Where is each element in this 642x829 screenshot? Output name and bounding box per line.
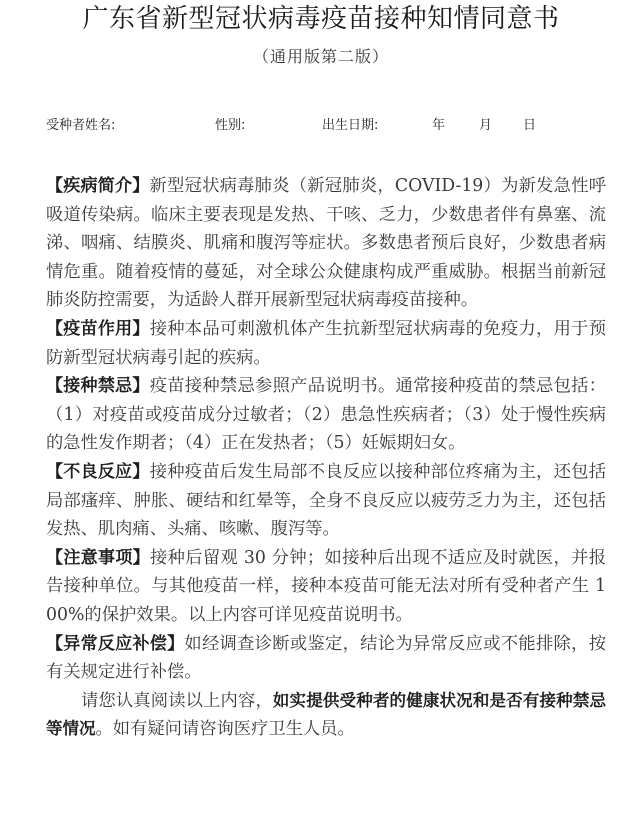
- document-body: 【疾病简介】新型冠状病毒肺炎（新冠肺炎，COVID-19）为新发急性呼吸道传染病…: [46, 172, 606, 744]
- section-heading: 【注意事项】: [46, 548, 150, 568]
- section-adverse-reactions: 【不良反应】接种疫苗后发生局部不良反应以接种部位疼痛为主，还包括局部瘙痒、肿胀、…: [46, 458, 606, 544]
- section-vaccine-effect: 【疫苗作用】接种本品可刺激机体产生抗新型冠状病毒的免疫力，用于预防新型冠状病毒引…: [46, 315, 606, 372]
- section-compensation: 【异常反应补偿】如经调查诊断或鉴定，结论为异常反应或不能排除，按有关规定进行补偿…: [46, 630, 606, 687]
- recipient-info-row: 受种者姓名: 性别: 出生日期: 年 月 日: [0, 115, 642, 137]
- section-heading: 【疫苗作用】: [46, 319, 150, 339]
- year-label: 年: [432, 115, 445, 137]
- section-disease-intro: 【疾病简介】新型冠状病毒肺炎（新冠肺炎，COVID-19）为新发急性呼吸道传染病…: [46, 172, 606, 315]
- recipient-name-label: 受种者姓名:: [46, 115, 115, 137]
- closing-tail: 。如有疑问请咨询医疗卫生人员。: [96, 719, 355, 739]
- birthdate-label: 出生日期:: [322, 115, 378, 137]
- section-contraindications: 【接种禁忌】疫苗接种禁忌参照产品说明书。通常接种疫苗的禁忌包括：（1）对疫苗或疫…: [46, 372, 606, 458]
- day-label: 日: [523, 115, 536, 137]
- document-subtitle: （通用版第二版）: [0, 46, 642, 68]
- document-title: 广东省新型冠状病毒疫苗接种知情同意书: [0, 2, 642, 36]
- section-heading: 【疾病简介】: [46, 176, 150, 196]
- section-precautions: 【注意事项】接种后留观 30 分钟；如接种后出现不适应及时就医，并报告接种单位。…: [46, 544, 606, 630]
- month-label: 月: [479, 115, 492, 137]
- section-heading: 【接种禁忌】: [46, 376, 150, 396]
- section-heading: 【不良反应】: [46, 462, 150, 482]
- gender-label: 性别:: [215, 115, 245, 137]
- closing-paragraph: 请您认真阅读以上内容，如实提供受种者的健康状况和是否有接种禁忌等情况。如有疑问请…: [46, 687, 606, 744]
- section-heading: 【异常反应补偿】: [46, 634, 184, 654]
- closing-lead: 请您认真阅读以上内容，: [81, 691, 273, 711]
- section-text: 新型冠状病毒肺炎（新冠肺炎，COVID-19）为新发急性呼吸道传染病。临床主要表…: [46, 176, 606, 310]
